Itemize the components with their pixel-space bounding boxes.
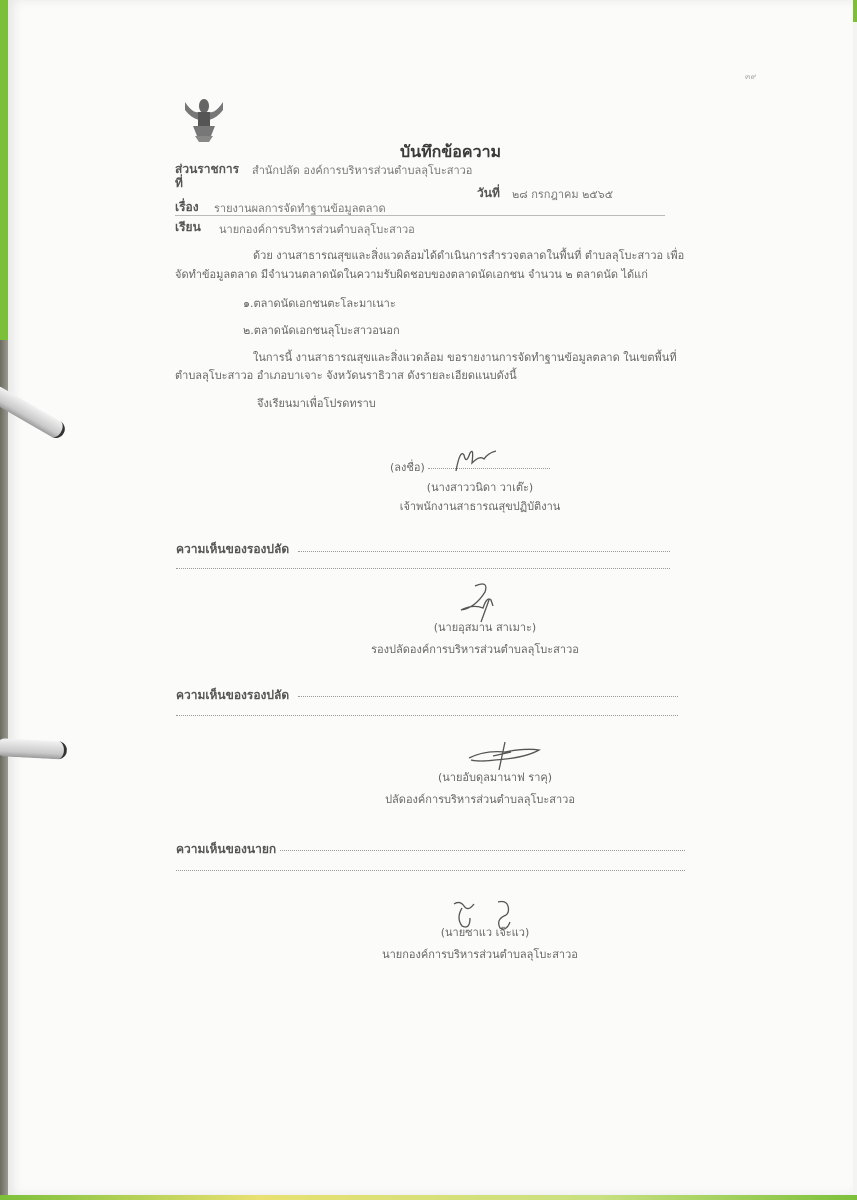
- binder-edge-dark: [0, 340, 8, 1200]
- garuda-emblem-icon: [183, 92, 225, 142]
- department-value: สำนักปลัด องค์การบริหารส่วนตำบลลุโบะสาวอ: [252, 161, 472, 179]
- page-mark: ๓๙: [745, 70, 756, 83]
- mayor-opinion-line-1[interactable]: [280, 850, 685, 851]
- mayor-position: นายกองค์การบริหารส่วนตำบลลุโบะสาวอ: [360, 945, 600, 963]
- chief-opinion-line-1[interactable]: [298, 696, 678, 697]
- author-name: (นางสาววนิดา วาเต๊ะ): [420, 478, 540, 496]
- mayor-name: (นายซาแว เจ๊ะแว): [420, 923, 550, 941]
- chief-position: ปลัดองค์การบริหารส่วนตำบลลุโบะสาวอ: [360, 790, 600, 808]
- deputy-opinion-line-2[interactable]: [176, 568, 670, 569]
- deputy-position: รองปลัดองค์การบริหารส่วนตำบลลุโบะสาวอ: [355, 640, 595, 658]
- body-paragraph-2-line-1: ในการนี้ งานสาธารณสุขและสิ่งแวดล้อม ขอรา…: [253, 348, 677, 366]
- deputy-name: (นายอุสมาน สาเมาะ): [420, 618, 550, 636]
- header-divider: [175, 215, 665, 216]
- author-signature-icon: [450, 445, 500, 479]
- body-paragraph-2-line-2: ตำบลลุโบะสาวอ อำเภอบาเจาะ จังหวัดนราธิวา…: [175, 366, 517, 384]
- to-label: เรียน: [175, 218, 201, 237]
- market-item-2: ๒.ตลาดนัดเอกชนลุโบะสาวอนอก: [243, 321, 400, 339]
- market-item-1: ๑.ตลาดนัดเอกชนตะโละมาเนาะ: [243, 294, 396, 312]
- deputy-opinion-line-1[interactable]: [298, 551, 670, 552]
- date-value: ๒๘ กรกฎาคม ๒๕๖๕: [512, 185, 613, 203]
- body-paragraph-1-line-2: จัดทำข้อมูลตลาด มีจำนวนตลาดนัดในความรับผ…: [175, 265, 648, 283]
- author-position: เจ้าพนักงานสาธารณสุขปฏิบัติงาน: [390, 497, 570, 515]
- closing-text: จึงเรียนมาเพื่อโปรดทราบ: [257, 394, 376, 412]
- binder-clip-bottom: [0, 738, 67, 760]
- body-paragraph-1-line-1: ด้วย งานสาธารณสุขและสิ่งแวดล้อมได้ดำเนิน…: [253, 246, 684, 264]
- reference-label: ที่: [175, 174, 183, 193]
- to-value: นายกองค์การบริหารส่วนตำบลลุโบะสาวอ: [219, 220, 415, 238]
- chief-opinion-label: ความเห็นของรองปลัด: [176, 686, 289, 705]
- chief-name: (นายอับดุลมานาฟ ราคุ): [420, 768, 570, 786]
- mayor-opinion-line-2[interactable]: [176, 870, 685, 871]
- mayor-opinion-label: ความเห็นของนายก: [176, 840, 276, 859]
- deputy-opinion-label: ความเห็นของรองปลัด: [176, 540, 289, 559]
- date-label: วันที่: [477, 184, 500, 203]
- department-label: ส่วนราชการ: [175, 160, 239, 179]
- sign-prefix: (ลงชื่อ): [390, 458, 425, 476]
- binder-edge-green: [0, 0, 8, 340]
- binder-bottom-edge: [0, 1195, 857, 1200]
- document-page: [8, 0, 853, 1195]
- chief-opinion-line-2[interactable]: [176, 715, 678, 716]
